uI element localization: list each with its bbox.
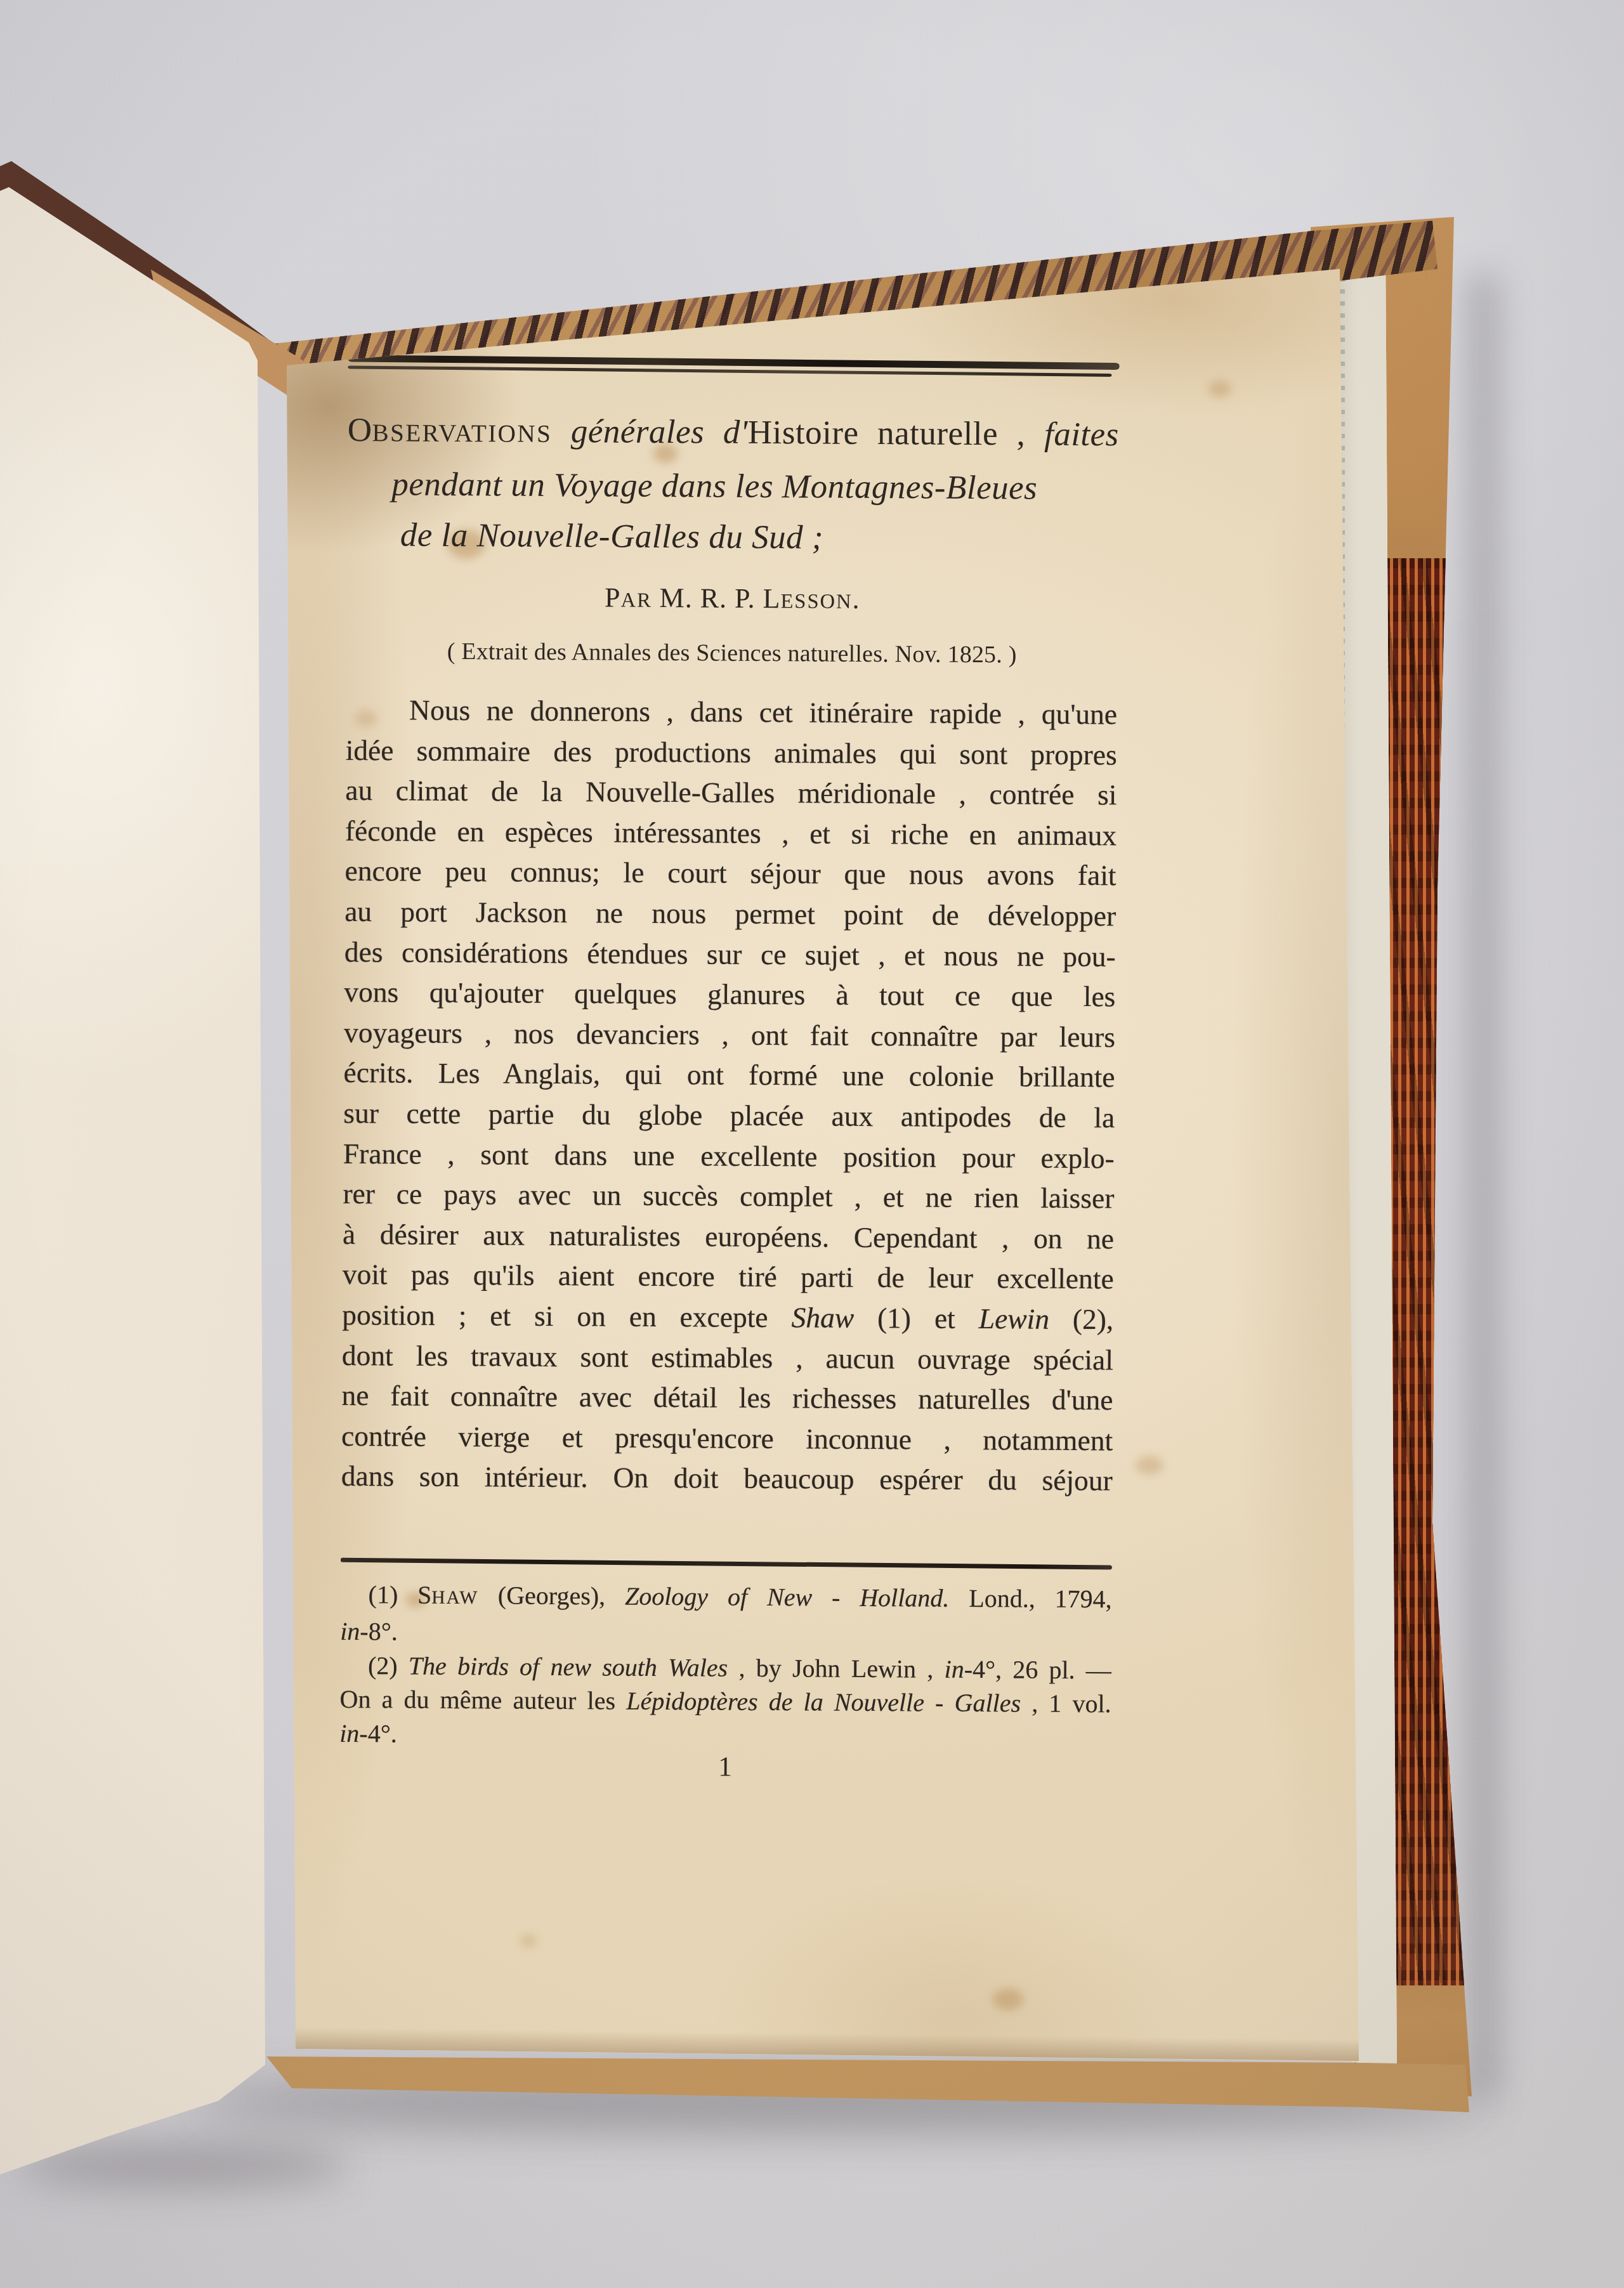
text-line: (2) The birds of new south Wales , by Jo… — [340, 1649, 1111, 1687]
italic-text: faites — [1044, 416, 1119, 454]
text-line: au climat de la Nouvelle-Galles méridion… — [345, 770, 1116, 815]
page-number: 1 — [339, 1748, 1111, 1785]
body-text: Nous ne donnerons , dans cet itinéraire … — [341, 690, 1118, 1501]
small-caps-text: esson — [780, 590, 852, 613]
text-line: Observations générales d'Histoire nature… — [348, 405, 1119, 463]
italic-text: in- — [339, 1719, 368, 1748]
small-caps-text: bservations — [372, 419, 552, 448]
text-line: France , sont dans une excellente positi… — [343, 1133, 1115, 1178]
text-line: des considérations étendues sur ce sujet… — [344, 932, 1116, 977]
text-line: féconde en espèces intéressantes , et si… — [345, 811, 1116, 856]
text-line: dans son intérieur. On doit beaucoup esp… — [341, 1456, 1113, 1501]
header-rule — [348, 355, 1119, 377]
book-shadow-bottom-left — [19, 2144, 349, 2188]
foxing-spot — [1208, 381, 1231, 397]
italic-text: in- — [340, 1617, 369, 1645]
italic-text: Shaw — [791, 1301, 854, 1334]
text-line: écrits. Les Anglais, qui ont formé une c… — [343, 1052, 1115, 1097]
text-line: (1) Shaw (Georges), Zoology of New - Hol… — [340, 1578, 1111, 1619]
text-line: On a du même auteur les Lépidoptères de … — [339, 1682, 1111, 1721]
byline: Par M. R. P. Lesson. — [346, 576, 1191, 622]
text-line: à désirer aux naturalistes européens. Ce… — [343, 1214, 1114, 1259]
text-line: ne fait connaître avec détail les riches… — [341, 1375, 1113, 1420]
italic-text: de la Nouvelle-Galles du Sud ; — [400, 516, 823, 556]
text-line: idée sommaire des productions animales q… — [346, 730, 1117, 775]
italic-text: in- — [944, 1655, 972, 1683]
italic-text: Zoology of New - Holland. — [625, 1582, 950, 1612]
italic-text: pendant un Voyage dans les Montagnes-Ble… — [391, 466, 1037, 506]
small-caps-text: haw — [431, 1588, 478, 1608]
footnotes: (1) Shaw (Georges), Zoology of New - Hol… — [339, 1578, 1112, 1755]
italic-text: The birds of new south Wales — [409, 1651, 728, 1682]
text-line: rer ce pays avec un succès complet , et … — [343, 1173, 1114, 1219]
italic-text: générales d' — [571, 413, 748, 451]
text-line: Nous ne donnerons , dans cet itinéraire … — [346, 690, 1117, 735]
italic-text: Lewin — [979, 1302, 1050, 1335]
article-title: Observations générales d'Histoire nature… — [347, 405, 1119, 565]
text-line: pendant un Voyage dans les Montagnes-Ble… — [347, 459, 1118, 514]
text-line: voyageurs , nos devanciers , ont fait co… — [344, 1012, 1115, 1057]
source-note: ( Extrait des Annales des Sciences natur… — [346, 633, 1118, 673]
italic-text: Lépidoptères de la Nouvelle - Galles — [626, 1687, 1021, 1718]
book-photograph: { "palette": { "backdrop_gray": "#d3d2d6… — [0, 0, 1624, 2288]
text-line: sur cette partie du globe placée aux ant… — [343, 1093, 1115, 1138]
text-line: position ; et si on en excepte Shaw (1) … — [342, 1295, 1113, 1340]
foxing-spot — [1136, 1456, 1163, 1475]
book-shadow-right — [1469, 273, 1498, 2100]
footnote-rule — [341, 1558, 1112, 1570]
text-line: encore peu connus; le court séjour que n… — [344, 851, 1116, 896]
text-line: voit pas qu'ils aient encore tiré parti … — [343, 1254, 1114, 1299]
text-line: contrée vierge et presqu'encore inconnue… — [341, 1416, 1113, 1461]
text-line: dont les travaux sont estimables , aucun… — [342, 1335, 1113, 1380]
text-line: au port Jackson ne nous permet point de … — [344, 891, 1116, 936]
text-line: de la Nouvelle-Galles du Sud ; — [347, 509, 1118, 565]
text-line: in-8°. — [340, 1614, 1111, 1653]
small-caps-text: ar — [620, 589, 652, 612]
text-line: vons qu'ajouter quelques glanures à tout… — [344, 972, 1115, 1017]
photo-scene: Observations générales d'Histoire nature… — [0, 0, 1624, 2288]
